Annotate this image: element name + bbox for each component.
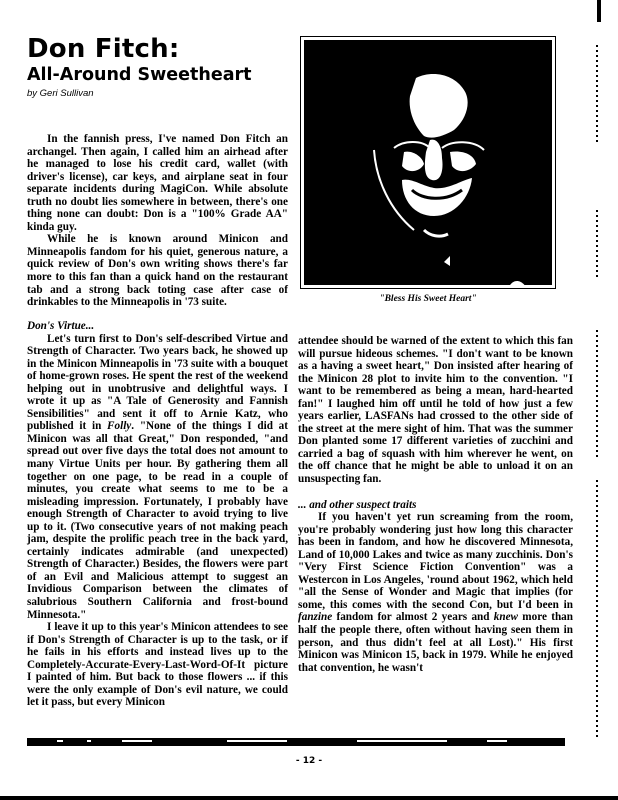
scan-edge-mark bbox=[596, 480, 598, 740]
scan-edge-mark bbox=[596, 45, 598, 145]
text-run: . "None of the things I did at Minicon w… bbox=[27, 420, 288, 620]
rule-speckle bbox=[357, 740, 447, 742]
rule-speckle bbox=[487, 740, 507, 742]
text-run: Let's turn first to Don's self-described… bbox=[27, 333, 288, 433]
virtue-paragraph-1: Let's turn first to Don's self-described… bbox=[27, 333, 288, 622]
scan-edge-mark bbox=[596, 330, 598, 460]
fanzine-title-folly: Folly bbox=[107, 420, 131, 432]
text-run: If you haven't yet run screaming from th… bbox=[298, 511, 573, 611]
virtue-paragraph-2: I leave it up to this year's Minicon att… bbox=[27, 621, 288, 709]
footer-rule bbox=[27, 738, 565, 746]
photo-caption: "Bless His Sweet Heart" bbox=[300, 293, 556, 305]
scan-bottom-edge bbox=[0, 796, 618, 800]
article-title: Don Fitch: bbox=[27, 34, 179, 64]
rule-speckle bbox=[87, 740, 91, 742]
page-number: - 12 - bbox=[0, 756, 618, 766]
portrait-face-icon bbox=[304, 40, 552, 285]
intro-paragraph-1: In the fannish press, I've named Don Fit… bbox=[27, 133, 288, 233]
left-column-lower: Don's Virtue... Let's turn first to Don'… bbox=[27, 320, 288, 709]
section-heading-virtue: Don's Virtue... bbox=[27, 320, 288, 333]
traits-paragraph-1: If you haven't yet run screaming from th… bbox=[298, 511, 573, 674]
article-subtitle: All-Around Sweetheart bbox=[27, 64, 252, 86]
virtue-paragraph-3: attendee should be warned of the extent … bbox=[298, 335, 573, 486]
text-run-italic: knew bbox=[494, 611, 518, 623]
right-column: attendee should be warned of the extent … bbox=[298, 335, 573, 674]
byline: by Geri Sullivan bbox=[27, 88, 94, 100]
intro-column: In the fannish press, I've named Don Fit… bbox=[27, 133, 288, 309]
scan-edge-mark bbox=[597, 0, 601, 22]
text-run-italic: fanzine bbox=[298, 611, 332, 623]
rule-speckle bbox=[57, 740, 63, 742]
photo-image bbox=[304, 40, 552, 285]
rule-speckle bbox=[227, 740, 287, 742]
rule-speckle bbox=[122, 740, 152, 742]
scan-edge-mark bbox=[596, 210, 598, 280]
portrait-photo bbox=[300, 36, 556, 289]
intro-paragraph-2: While he is known around Minicon and Min… bbox=[27, 233, 288, 308]
text-run: fandom for almost 2 years and bbox=[332, 611, 494, 623]
section-heading-traits: ... and other suspect traits bbox=[298, 499, 573, 512]
